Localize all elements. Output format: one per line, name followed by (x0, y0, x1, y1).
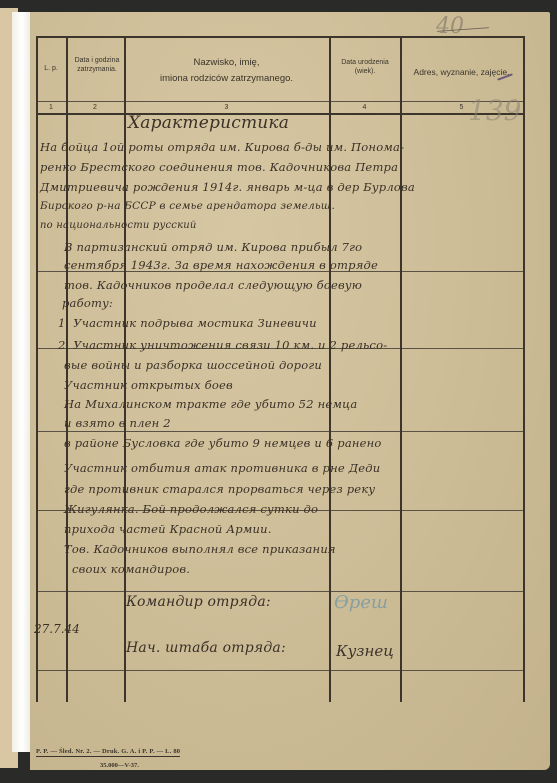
handwritten-line: по национальности русский (40, 220, 197, 231)
handwritten-line: В партизанский отряд им. Кирова прибыл 7… (64, 240, 362, 254)
col-border (36, 36, 38, 702)
handwritten-line: где противник старался прорваться через … (64, 482, 375, 496)
printer-imprint: P. P. — Śled. Nr. 2. — Druk. G. A. i P. … (36, 748, 180, 757)
commander-signature: Ѳреш (334, 592, 388, 613)
handwritten-date: 27.7.44 (34, 622, 80, 636)
column-number: 1 (36, 104, 66, 111)
handwritten-line: 1. Участник подрыва мостика Зиневичи (58, 316, 317, 330)
header-birth-date: Data urodzenia (wiek). (340, 58, 390, 76)
handwritten-line: сентября 1943г. За время нахождения в от… (64, 258, 378, 272)
column-number: 4 (329, 104, 400, 111)
handwritten-line: На Михалинском тракте где убито 52 немца (64, 397, 357, 411)
handwritten-line: прихода частей Красной Армии. (64, 522, 272, 536)
header-divider (36, 101, 524, 102)
row-divider (36, 670, 524, 671)
header-date-detention: Data i godzina zatrzymania. (72, 56, 122, 74)
commander-label: Командир отряда: (126, 594, 271, 610)
handwritten-line: ренко Брестского соединения тов. Кадочни… (40, 160, 398, 174)
chief-of-staff-label: Нач. штаба отряда: (126, 640, 286, 656)
handwritten-line: Бирского р-на БССР в семье арендатора зе… (40, 200, 335, 212)
header-address: Adres, wyznanie, zajęcie. (400, 67, 523, 77)
row-divider (36, 431, 524, 432)
header-name-line1: Nazwisko, imię, (124, 55, 329, 70)
handwritten-line: Участник открытых боев (64, 378, 233, 392)
handwritten-line: Тов. Кадочников выполнял все приказания (64, 542, 336, 556)
handwritten-line: и взято в плен 2 (64, 416, 171, 430)
handwritten-line: 2. Участник уничтожения связи 10 км. и 2… (58, 338, 387, 352)
col-border (523, 36, 525, 702)
column-number: 2 (66, 104, 124, 111)
handwritten-line: своих командиров. (72, 562, 190, 576)
handwritten-line: работу: (62, 296, 113, 310)
handwritten-line: Участник отбития атак противника в рне Д… (64, 461, 380, 475)
col-border (400, 36, 402, 702)
header-lp: L. p. (36, 64, 66, 73)
table-top-border (36, 36, 524, 38)
handwritten-line: Дмитриевича рождения 1914г. январь м-ца … (40, 180, 415, 194)
header-name-line2: imiona rodziców zatrzymanego. (124, 71, 329, 86)
handwritten-line: вые войны и разборка шоссейной дороги (64, 358, 322, 372)
handwritten-line: Жигулянка. Бой продолжался сутки до (64, 502, 318, 516)
row-divider (36, 591, 524, 592)
print-run: 35.000—V-37. (100, 762, 139, 769)
chief-of-staff-signature: Кузнец (336, 642, 394, 660)
handwritten-line: в районе Бусловка где убито 9 немцев и 6… (64, 436, 382, 450)
pencil-page-number: 139 (468, 94, 521, 127)
handwritten-line: На бойца 1ой роты отряда им. Кирова б-ды… (40, 140, 404, 154)
handwritten-title: Характеристика (128, 113, 289, 133)
handwritten-line: тов. Кадочников проделал следующую боеву… (64, 278, 362, 292)
col-border (329, 36, 331, 702)
column-number: 3 (124, 104, 329, 111)
